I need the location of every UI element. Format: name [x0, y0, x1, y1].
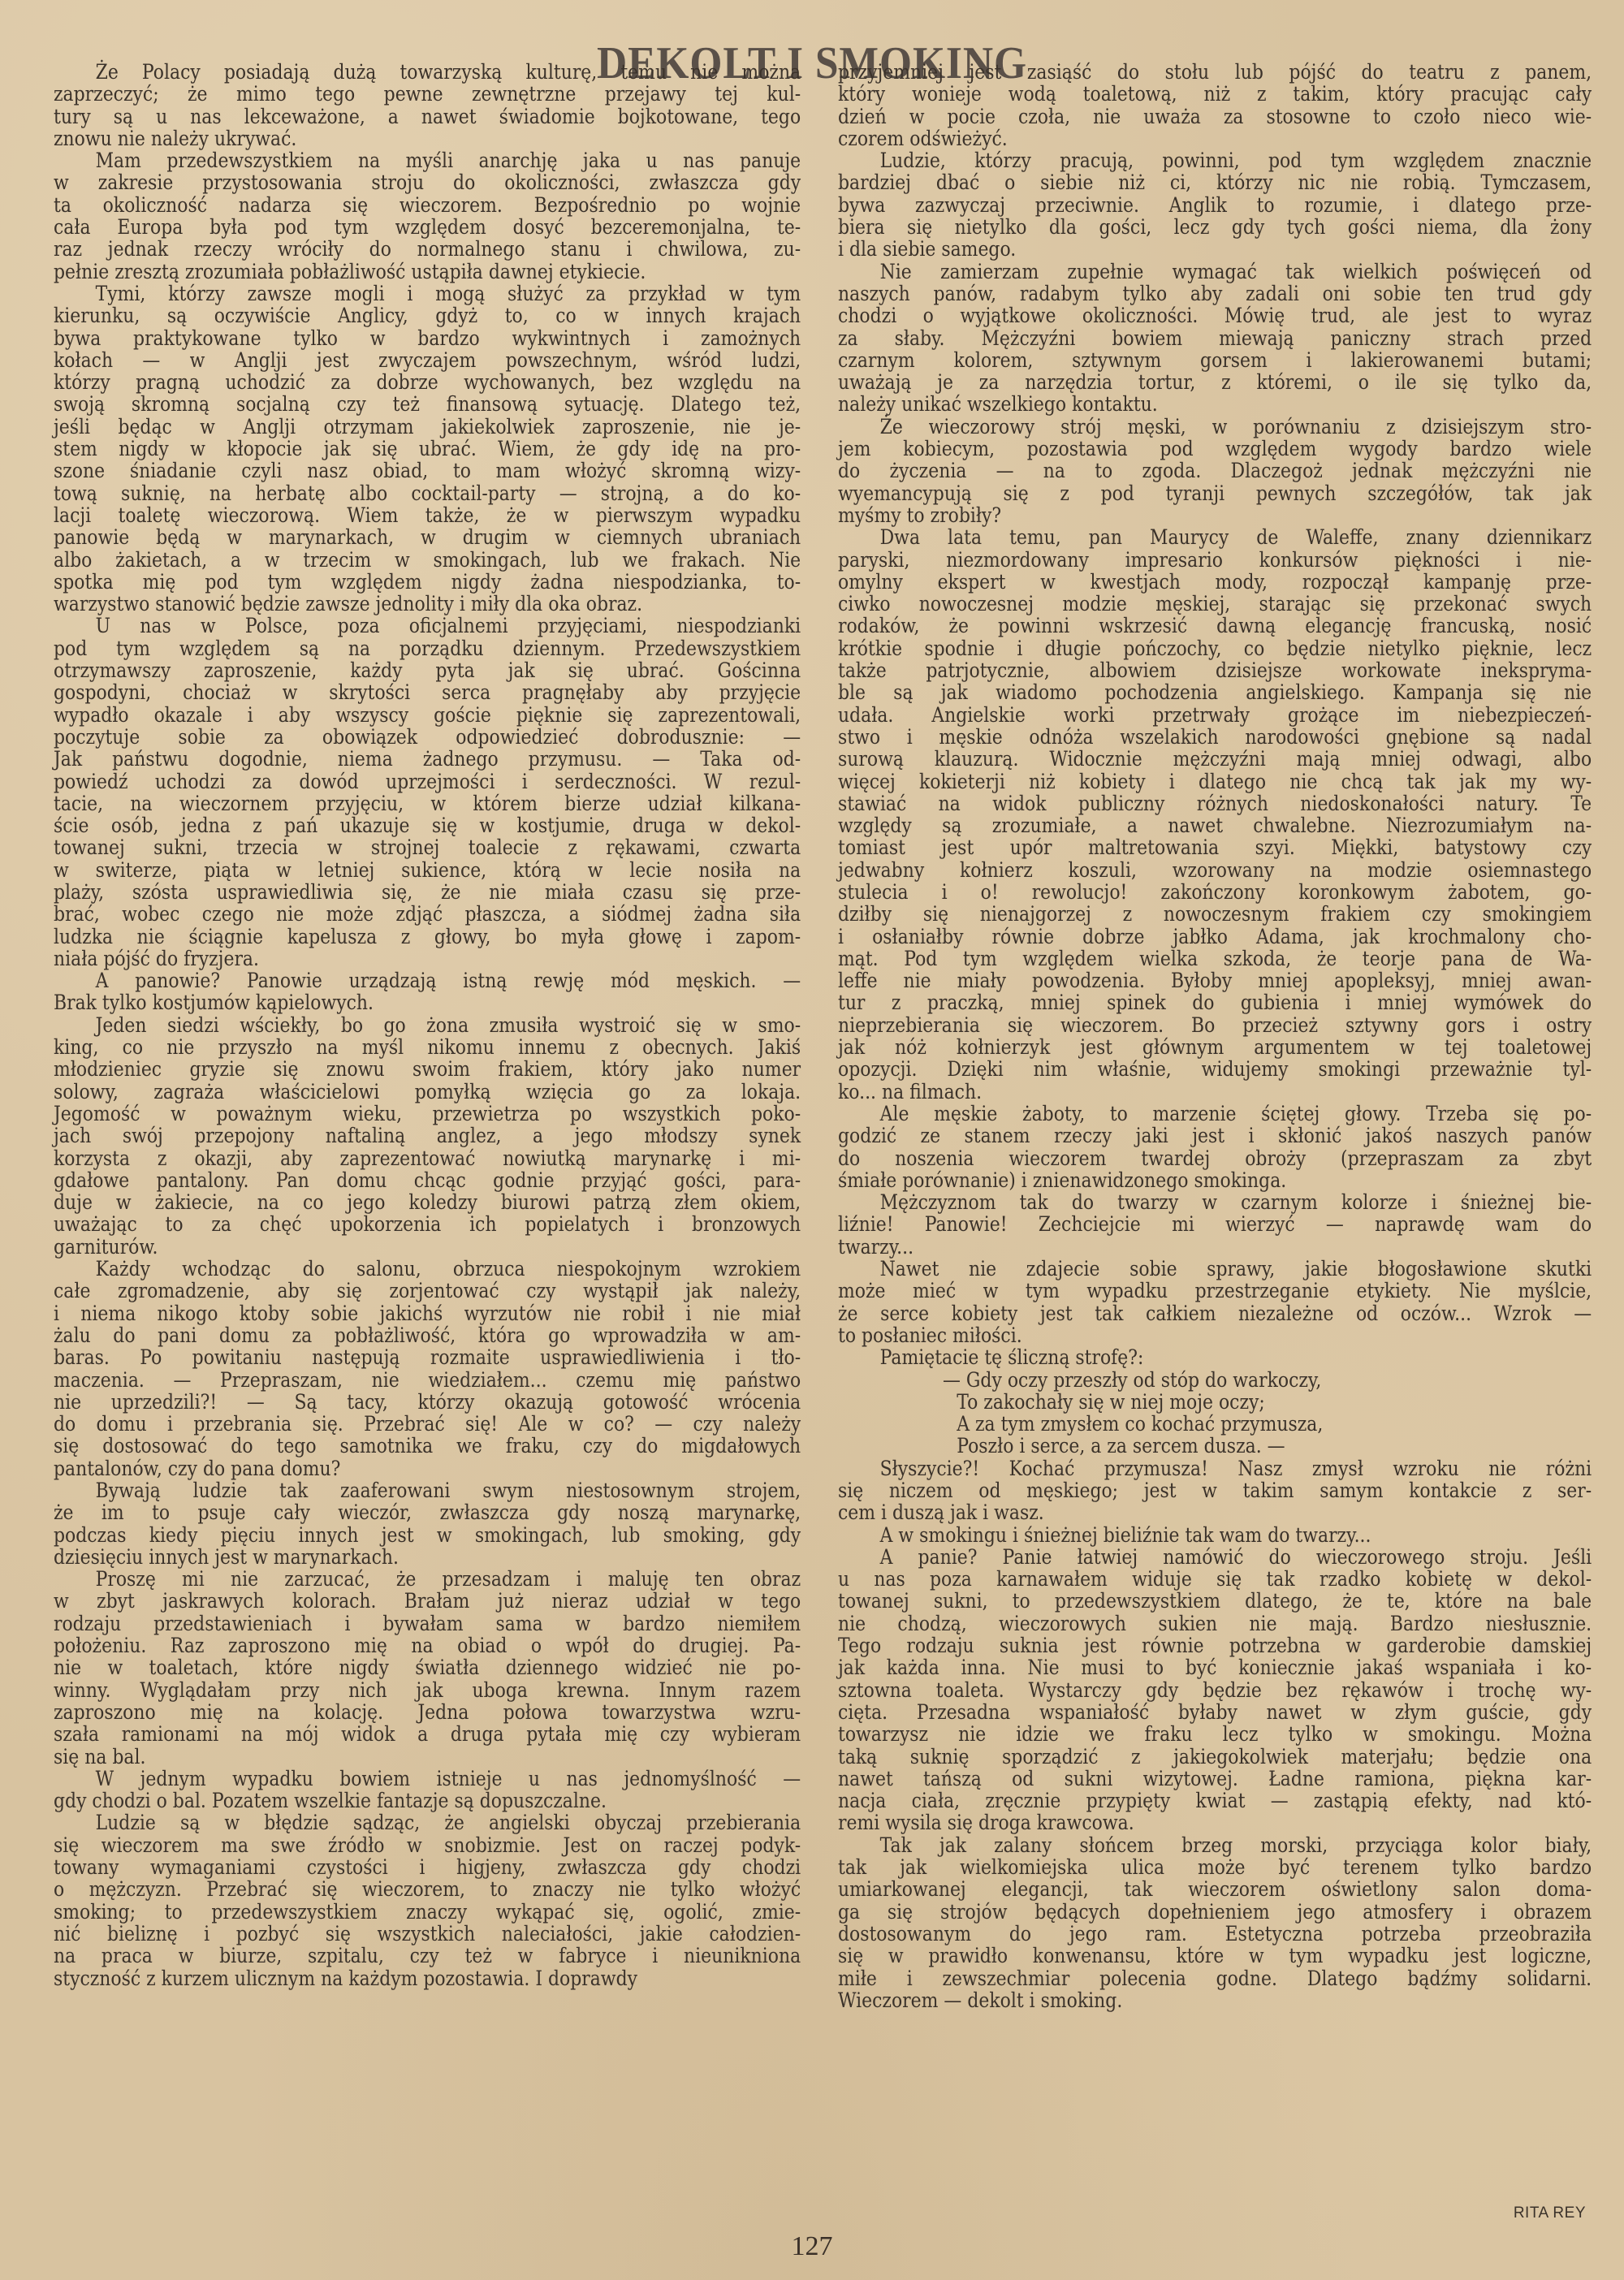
text-line: szała ramionami na mój widok a druga pyt…	[54, 1724, 801, 1746]
text-line: winny. Wyglądałam przy nich jak uboga kr…	[54, 1680, 801, 1702]
text-line: gdałowe pantalony. Pan domu chcąc godnie…	[54, 1170, 801, 1192]
text-line: należy unikać wszelkiego kontaktu.	[838, 394, 1592, 416]
text-line: tak jak wielkomiejska ulica może być ter…	[838, 1857, 1592, 1879]
text-line: nie chodzą, wieczorowych sukien nie mają…	[838, 1613, 1592, 1635]
text-line: jeśli będąc w Anglji otrzymam jakiekolwi…	[54, 417, 801, 438]
text-line: pełnie zresztą zrozumiała pobłażliwość u…	[54, 261, 801, 283]
text-line: i niema nikogo ktoby sobie jakichś wyrzu…	[54, 1303, 801, 1325]
text-line: towany wymaganiami czystości i higjeny, …	[54, 1857, 801, 1879]
text-line: stwo i męskie odnóża wszelakich narodowo…	[838, 727, 1592, 749]
text-line: pantalonów, czy do pana domu?	[54, 1458, 801, 1480]
text-line: Mężczyznom tak do twarzy w czarnym kolor…	[838, 1192, 1592, 1214]
text-line: smoking; to przedewszystkiem znaczy wyką…	[54, 1902, 801, 1924]
text-line: styczność z kurzem ulicznym na każdym po…	[54, 1968, 801, 1990]
text-line: młodzieniec gryzie się znowu swoim fraki…	[54, 1059, 801, 1081]
text-line: czorem odświeżyć.	[838, 128, 1592, 150]
text-line: brać, wobec czego nie może zdjąć płaszcz…	[54, 904, 801, 926]
text-line: krótkie spodnie i długie pończochy, co b…	[838, 638, 1592, 660]
text-line: uważają je za narzędzia tortur, z którem…	[838, 372, 1592, 394]
text-line: miłe i zewszechmiar polecenia godne. Dla…	[838, 1968, 1592, 1990]
article-paragraph: Ludzie, którzy pracują, powinni, pod tym…	[838, 150, 1592, 261]
text-line: także patrjotycznie, albowiem dzisiejsze…	[838, 660, 1592, 682]
text-line: który wonieje wodą toaletową, niż z taki…	[838, 84, 1592, 106]
text-line: liźnie! Panowie! Zechciejcie mi wierzyć …	[838, 1214, 1592, 1236]
article-paragraph: Tymi, którzy zawsze mogli i mogą służyć …	[54, 283, 801, 615]
text-line: ga się strojów będących dopełnieniem jeg…	[838, 1902, 1592, 1924]
text-line: położeniu. Raz zaproszono mię na obiad o…	[54, 1635, 801, 1657]
article-paragraph: Jeden siedzi wściekły, bo go żona zmusił…	[54, 1015, 801, 1259]
text-line: solowy, zagraża właścicielowi pomyłką wz…	[54, 1082, 801, 1103]
poem-line: To zakochały się w niej moje oczy;	[838, 1392, 1592, 1414]
text-line: pod tym względem są na porządku dziennym…	[54, 638, 801, 660]
text-line: Ale męskie żaboty, to marzenie ściętej g…	[838, 1103, 1592, 1125]
text-line: Wieczorem — dekolt i smoking.	[838, 1990, 1592, 2012]
author-signature: RITA REY	[1514, 2204, 1586, 2222]
text-line: stem nigdy w kłopocie jak się ubrać. Wie…	[54, 438, 801, 460]
poem-line: — Gdy oczy przeszły od stóp do warkoczy,	[838, 1370, 1592, 1392]
text-line: naszych panów, radabym tylko aby zadali …	[838, 283, 1592, 305]
text-line: jak nóż kołnierzyk jest głównym argument…	[838, 1037, 1592, 1059]
text-line: tacie, na wieczornem przyjęciu, w którem…	[54, 793, 801, 815]
text-line: Proszę mi nie zarzucać, że przesadzam i …	[54, 1569, 801, 1591]
article-paragraph: Nawet nie zdajecie sobie sprawy, jakie b…	[838, 1259, 1592, 1347]
text-line: umiarkowanej elegancji, tak wieczorem oś…	[838, 1879, 1592, 1901]
text-line: dzień w pocie czoła, nie uważa za stosow…	[838, 106, 1592, 128]
text-line: Tak jak zalany słońcem brzeg morski, prz…	[838, 1835, 1592, 1857]
article-paragraph: Nie zamierzam zupełnie wymagać tak wielk…	[838, 261, 1592, 417]
text-line: o mężczyzn. Przebrać się wieczorem, to z…	[54, 1879, 801, 1901]
article-paragraph: Pamiętacie tę śliczną strofę?:	[838, 1347, 1592, 1369]
text-line: że im to psuje cały wieczór, zwłaszcza g…	[54, 1502, 801, 1524]
text-line: kierunku, są oczywiście Anglicy, gdyż to…	[54, 305, 801, 327]
poem-line: Poszło i serce, a za sercem dusza. —	[838, 1436, 1592, 1457]
text-line: stulecia i o! rewolucjo! zakończony koro…	[838, 882, 1592, 904]
text-line: korzysta z okazji, aby zaprezentować now…	[54, 1148, 801, 1170]
text-line: rodaków, że powinni wskrzesić dawną eleg…	[838, 615, 1592, 637]
text-line: Mam przedewszystkiem na myśli anarchję j…	[54, 150, 801, 172]
text-line: powiedź uchodzi za dowód uprzejmości i s…	[54, 771, 801, 793]
text-line: do życzenia — na to zgoda. Dlaczegoż jed…	[838, 460, 1592, 482]
text-line: taką suknię sporządzić z jakiegokolwiek …	[838, 1747, 1592, 1768]
article-paragraph: Że Polacy posiadają dużą towarzyską kult…	[54, 62, 801, 150]
text-line: Dwa lata temu, pan Maurycy de Waleffe, z…	[838, 527, 1592, 549]
text-line: bywa zazwyczaj przeciwnie. Anglik to roz…	[838, 195, 1592, 217]
text-line: dostosowanym do jego ram. Estetyczna pot…	[838, 1924, 1592, 1945]
text-line: leffe nie miały powodzenia. Byłoby mniej…	[838, 970, 1592, 992]
text-line: nie w toaletach, które nigdy światła dzi…	[54, 1657, 801, 1679]
text-line: rodzaju przedstawieniach i bywałam sama …	[54, 1613, 801, 1635]
text-line: Ludzie, którzy pracują, powinni, pod tym…	[838, 150, 1592, 172]
article-paragraph: przyjemniej jest zasiąść do stołu lub pó…	[838, 62, 1592, 150]
text-line: w zbyt jaskrawych kolorach. Brałam już n…	[54, 1591, 801, 1613]
text-line: śmiałe porównanie) i znienawidzonego smo…	[838, 1170, 1592, 1192]
text-line: myśmy to zrobiły?	[838, 505, 1592, 527]
text-line: towarzysz nie idzie we fraku lecz tylko …	[838, 1724, 1592, 1746]
poem-stanza: — Gdy oczy przeszły od stóp do warkoczy,…	[838, 1370, 1592, 1458]
text-line: sztowna toaleta. Wystarczy gdy będzie be…	[838, 1680, 1592, 1702]
text-line: towanej sukni, trzecia w strojnej toalec…	[54, 837, 801, 859]
article-paragraph: A panie? Panie łatwiej namówić do wieczo…	[838, 1547, 1592, 1835]
article-paragraph: Mężczyznom tak do twarzy w czarnym kolor…	[838, 1192, 1592, 1259]
text-line: że serce kobiety jest tak całkiem niezal…	[838, 1303, 1592, 1325]
text-line: wyemancypują się z pod tyranji pewnych s…	[838, 483, 1592, 505]
text-line: dziłby się nienajgorzej z nowoczesnym fr…	[838, 904, 1592, 926]
text-line: otrzymawszy zaproszenie, każdy pyta jak …	[54, 660, 801, 682]
text-line: znowu nie należy ukrywać.	[54, 128, 801, 150]
article-paragraph: Że wieczorowy strój męski, w porównaniu …	[838, 417, 1592, 527]
text-line: Jeden siedzi wściekły, bo go żona zmusił…	[54, 1015, 801, 1037]
text-line: U nas w Polsce, poza oficjalnemi przyjęc…	[54, 615, 801, 637]
text-line: ta okoliczność nadarza się wieczorem. Be…	[54, 195, 801, 217]
text-line: Brak tylko kostjumów kąpielowych.	[54, 992, 801, 1014]
text-line: jak każda inna. Nie musi to być konieczn…	[838, 1657, 1592, 1679]
magazine-page: DEKOLT I SMOKING Że Polacy posiadają duż…	[0, 0, 1624, 2280]
text-line: za słaby. Mężczyźni bowiem miewają panic…	[838, 328, 1592, 350]
article-paragraph: A w smokingu i śnieżnej bieliźnie tak wa…	[838, 1525, 1592, 1547]
text-line: kołach — w Anglji jest zwyczajem powszec…	[54, 350, 801, 372]
text-line: Jegomość w poważnym wieku, przewietrza p…	[54, 1103, 801, 1125]
article-paragraph: Ludzie są w błędzie sądząc, że angielski…	[54, 1812, 801, 1989]
text-line: do noszenia wieczorem twardej obroży (pr…	[838, 1148, 1592, 1170]
text-line: jem kobiecym, pozostawia pod względem wy…	[838, 438, 1592, 460]
text-line: może mieć w tym wypadku przestrzeganie e…	[838, 1280, 1592, 1302]
text-line: żalu do pani domu za pobłażliwość, która…	[54, 1325, 801, 1347]
text-line: zaproszono mię na kolację. Jedna połowa …	[54, 1702, 801, 1724]
text-line: Każdy wchodząc do salonu, obrzuca niespo…	[54, 1259, 801, 1280]
text-line: Słyszycie?! Kochać przymusza! Nasz zmysł…	[838, 1458, 1592, 1480]
text-line: którzy pragną uchodzić za dobrze wychowa…	[54, 372, 801, 394]
text-line: duje w żakiecie, na co jego koledzy biur…	[54, 1192, 801, 1214]
text-line: ko... na filmach.	[838, 1082, 1592, 1103]
text-line: cem i duszą jak i wasz.	[838, 1502, 1592, 1524]
text-line: A panowie? Panowie urządzają istną rewję…	[54, 970, 801, 992]
text-line: biera się nietylko dla gości, lecz gdy t…	[838, 217, 1592, 239]
text-line: baras. Po powitaniu następują rozmaite u…	[54, 1347, 801, 1369]
text-line: tur z praczką, mniej spinek do gubienia …	[838, 992, 1592, 1014]
text-line: się dostosować do tego samotnika we frak…	[54, 1436, 801, 1457]
text-line: i osłaniałby równie dobrze jabłko Adama,…	[838, 926, 1592, 948]
text-line: ście osób, jedna z pań ukazuje się w kos…	[54, 815, 801, 837]
article-paragraph: A panowie? Panowie urządzają istną rewję…	[54, 970, 801, 1015]
text-line: Nawet nie zdajecie sobie sprawy, jakie b…	[838, 1259, 1592, 1280]
text-line: lacji toaletę wieczorową. Wiem także, że…	[54, 505, 801, 527]
text-line: Pamiętacie tę śliczną strofę?:	[838, 1347, 1592, 1369]
text-line: wypadło okazale i aby wszyscy goście pię…	[54, 705, 801, 727]
text-line: stawiać na widok publiczny różnych niedo…	[838, 793, 1592, 815]
text-line: to posłaniec miłości.	[838, 1325, 1592, 1347]
article-paragraph: W jednym wypadku bowiem istnieje u nas j…	[54, 1768, 801, 1813]
text-line: omylny ekspert w kwestjach mody, rozpocz…	[838, 572, 1592, 594]
text-line: tomiast jest upór maltretowania szyi. Mi…	[838, 837, 1592, 859]
text-line: ludzka nie ściągnie kapelusza z głowy, b…	[54, 926, 801, 948]
article-paragraph: Ale męskie żaboty, to marzenie ściętej g…	[838, 1103, 1592, 1192]
text-line: ble są jak wiadomo pochodzenia angielski…	[838, 682, 1592, 704]
text-line: nieprzebierania się wieczorem. Bo przeci…	[838, 1015, 1592, 1037]
text-line: garniturów.	[54, 1237, 801, 1259]
text-line: przyjemniej jest zasiąść do stołu lub pó…	[838, 62, 1592, 84]
article-paragraph: Dwa lata temu, pan Maurycy de Waleffe, z…	[838, 527, 1592, 1103]
text-line: twarzy...	[838, 1237, 1592, 1259]
text-line: albo żakietach, a w trzecim w smokingach…	[54, 550, 801, 572]
text-line: całe zgromadzenie, aby się zorjentować c…	[54, 1280, 801, 1302]
text-line: i dla siebie samego.	[838, 239, 1592, 261]
text-line: Tymi, którzy zawsze mogli i mogą służyć …	[54, 283, 801, 305]
text-line: plaży, szósta usprawiedliwia się, że nie…	[54, 882, 801, 904]
text-line: panowie będą w marynarkach, w drugim w c…	[54, 527, 801, 549]
text-line: zaprzeczyć; że mimo tego pewne zewnętrzn…	[54, 84, 801, 106]
text-line: gdy chodzi o bal. Pozatem wszelkie fanta…	[54, 1790, 801, 1812]
text-line: A w smokingu i śnieżnej bieliźnie tak wa…	[838, 1525, 1592, 1547]
article-paragraph: Każdy wchodząc do salonu, obrzuca niespo…	[54, 1259, 801, 1480]
article-paragraph: Bywają ludzie tak zaaferowani swym niest…	[54, 1480, 801, 1569]
text-line: tową suknię, na herbatę albo cocktail-pa…	[54, 483, 801, 505]
text-line: nacja ciała, zręcznie przypięty kwiat — …	[838, 1790, 1592, 1812]
text-line: raz jednak rzeczy wróciły do normalnego …	[54, 239, 801, 261]
text-line: surową klauzurą. Widocznie mężczyźni maj…	[838, 749, 1592, 771]
text-line: mąt. Pod tym względem wielka szkoda, że …	[838, 948, 1592, 970]
article-paragraph: Mam przedewszystkiem na myśli anarchję j…	[54, 150, 801, 283]
text-line: swoją skromną socjalną czy też finansową…	[54, 394, 801, 416]
text-line: w switerze, piąta w letniej sukience, kt…	[54, 860, 801, 882]
text-line: godzić ze stanem rzeczy jaki jest i skło…	[838, 1125, 1592, 1147]
text-line: nie uprzedzili?! — Są tacy, którzy okazu…	[54, 1392, 801, 1414]
page-number: 127	[0, 2231, 1624, 2262]
text-line: się na bal.	[54, 1747, 801, 1768]
article-paragraph: Tak jak zalany słońcem brzeg morski, prz…	[838, 1835, 1592, 2012]
text-line: ciwko nowoczesnej modzie męskiej, staraj…	[838, 594, 1592, 615]
text-line: bardziej dbać o siebie niż ci, którzy ni…	[838, 172, 1592, 194]
text-line: w zakresie przystosowania stroju do okol…	[54, 172, 801, 194]
text-line: na praca w biurze, szpitalu, czy też w f…	[54, 1945, 801, 1967]
text-line: się w prawidło konwenansu, które w tym w…	[838, 1945, 1592, 1967]
text-line: nić bieliznę i pozbyć się wszystkich nal…	[54, 1924, 801, 1945]
text-line: szone śniadanie czyli nasz obiad, to mam…	[54, 460, 801, 482]
article-paragraph: Słyszycie?! Kochać przymusza! Nasz zmysł…	[838, 1458, 1592, 1525]
text-line: jedwabny kołnierz koszuli, wzorowany na …	[838, 860, 1592, 882]
text-line: Nie zamierzam zupełnie wymagać tak wielk…	[838, 261, 1592, 283]
article-column-left: Że Polacy posiadają dużą towarzyską kult…	[54, 62, 801, 1990]
text-line: więcej kokieterji niż kobiety i dlatego …	[838, 771, 1592, 793]
article-paragraph: Proszę mi nie zarzucać, że przesadzam i …	[54, 1569, 801, 1768]
text-line: do domu i przebrania się. Przebrać się! …	[54, 1414, 801, 1436]
text-line: uważając to za chęć upokorzenia ich popi…	[54, 1214, 801, 1236]
text-line: Bywają ludzie tak zaaferowani swym niest…	[54, 1480, 801, 1502]
text-line: u nas poza karnawałem widuje się tak rza…	[838, 1569, 1592, 1591]
text-line: maczenia. — Przepraszam, nie wiedziałem.…	[54, 1370, 801, 1392]
text-line: jach swój przepojony naftaliną anglez, a…	[54, 1125, 801, 1147]
text-line: tury są u nas lekceważone, a nawet świad…	[54, 106, 801, 128]
text-line: niała pójść do fryzjera.	[54, 948, 801, 970]
text-line: towanej sukni, to przedewszystkiem dlate…	[838, 1591, 1592, 1613]
text-line: Że wieczorowy strój męski, w porównaniu …	[838, 417, 1592, 438]
text-line: się niczem od męskiego; jest w takim sam…	[838, 1480, 1592, 1502]
article-paragraph: U nas w Polsce, poza oficjalnemi przyjęc…	[54, 615, 801, 970]
text-line: warzystwo stanowić będzie zawsze jednoli…	[54, 594, 801, 615]
text-line: Ludzie są w błędzie sądząc, że angielski…	[54, 1812, 801, 1834]
text-line: cięta. Przesadna wspaniałość byłaby nawe…	[838, 1702, 1592, 1724]
text-line: dziesięciu innych jest w marynarkach.	[54, 1547, 801, 1569]
text-line: się wieczorem ma swe źródło w snobizmie.…	[54, 1835, 801, 1857]
text-line: Jak państwu dogodnie, niema żadnego przy…	[54, 749, 801, 771]
text-line: poczytuje sobie za obowiązek odpowiedzie…	[54, 727, 801, 749]
poem-line: A za tym zmysłem co kochać przymusza,	[838, 1414, 1592, 1436]
text-line: Tego rodzaju suknia jest równie potrzebn…	[838, 1635, 1592, 1657]
text-line: chodzi o wyjątkowe okoliczności. Mówię t…	[838, 305, 1592, 327]
article-column-right: przyjemniej jest zasiąść do stołu lub pó…	[838, 62, 1592, 2012]
text-line: udała. Angielskie worki przetrwały grożą…	[838, 705, 1592, 727]
text-line: king, co nie przyszło na myśl nikomu inn…	[54, 1037, 801, 1059]
text-line: cała Europa była pod tym względem dosyć …	[54, 217, 801, 239]
text-line: A panie? Panie łatwiej namówić do wieczo…	[838, 1547, 1592, 1569]
text-line: nawet tańszą od sukni wizytowej. Ładne r…	[838, 1768, 1592, 1790]
text-line: względy są zrozumiałe, a nawet chwalebne…	[838, 815, 1592, 837]
text-line: W jednym wypadku bowiem istnieje u nas j…	[54, 1768, 801, 1790]
text-line: bywa praktykowane tylko w bardzo wykwint…	[54, 328, 801, 350]
text-line: podczas kiedy pięciu innych jest w smoki…	[54, 1525, 801, 1547]
text-line: spotka mię pod tym względem nigdy żadna …	[54, 572, 801, 594]
text-line: Że Polacy posiadają dużą towarzyską kult…	[54, 62, 801, 84]
text-line: gospodyni, chociaż w skrytości serca pra…	[54, 682, 801, 704]
text-line: remi wysila się droga krawcowa.	[838, 1812, 1592, 1834]
text-line: czarnym kolorem, sztywnym gorsem i lakie…	[838, 350, 1592, 372]
text-line: opozycji. Dzięki nim właśnie, widujemy s…	[838, 1059, 1592, 1081]
text-line: paryski, niezmordowany impresario konkur…	[838, 550, 1592, 572]
